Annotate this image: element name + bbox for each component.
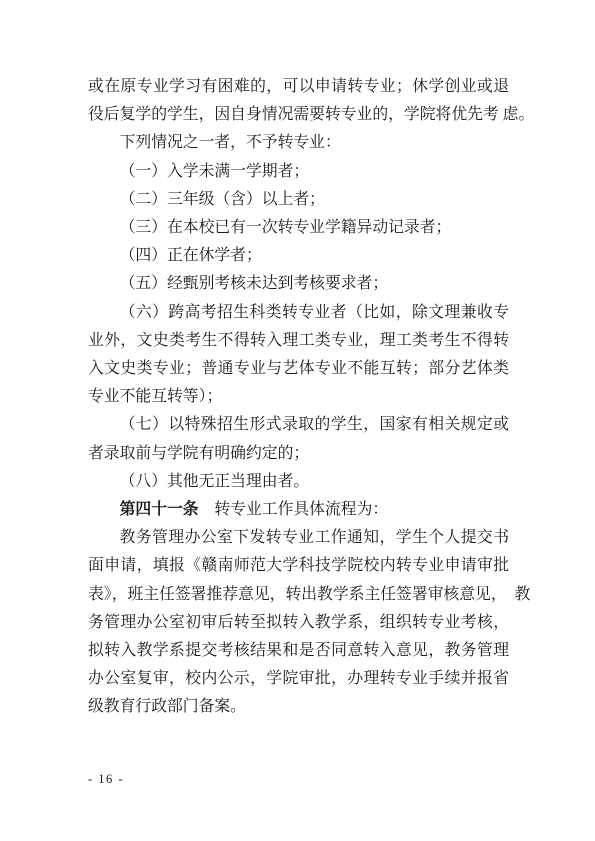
text-line: 务管理办公室初审后转至拟转入教学系，组织转专业考核， (88, 609, 509, 637)
text-line: 办公室复审，校内公示，学院审批，办理转专业手续并报省 (88, 665, 509, 693)
text-line: 或在原专业学习有困难的，可以申请转专业；休学创业或退 (88, 73, 509, 101)
page-number: - 16 - (88, 772, 124, 787)
text-line: （二）三年级（含）以上者； (88, 186, 509, 214)
text-line: （五）经甄别考核未达到考核要求者； (88, 270, 509, 298)
text-line: （一）入学未满一学期者； (88, 158, 509, 186)
text-line: 级教育行政部门备案。 (88, 693, 509, 721)
text-line: 者录取前与学院有明确约定的； (88, 440, 509, 468)
text-line: （七）以特殊招生形式录取的学生，国家有相关规定或 (88, 411, 509, 439)
text-line: （四）正在休学者； (88, 242, 509, 270)
text-line: 第四十一条 转专业工作具体流程为： (88, 496, 509, 524)
text-block: 或在原专业学习有困难的，可以申请转专业；休学创业或退 役后复学的学生，因自身情况… (88, 73, 509, 722)
article-number-label: 第四十一条 (120, 501, 199, 518)
text-line: 教务管理办公室下发转专业工作通知，学生个人提交书 (88, 524, 509, 552)
text-line: 面申请，填报《赣南师范大学科技学院校内转专业申请审批 (88, 552, 509, 580)
text-line: 业外，文史类考生不得转入理工类专业，理工类考生不得转 (88, 327, 509, 355)
document-page: 或在原专业学习有困难的，可以申请转专业；休学创业或退 役后复学的学生，因自身情况… (0, 0, 595, 841)
text-line: （三）在本校已有一次转专业学籍异动记录者； (88, 214, 509, 242)
text-line: （八）其他无正当理由者。 (88, 468, 509, 496)
text-line: 专业不能互转等）； (88, 383, 509, 411)
text-line: 表》，班主任签署推荐意见，转出教学系主任签署审核意见， 教 (88, 581, 509, 609)
text-line: 拟转入教学系提交考核结果和是否同意转入意见，教务管理 (88, 637, 509, 665)
text-line: （六）跨高考招生科类转专业者（比如，除文理兼收专 (88, 299, 509, 327)
text-line: 下列情况之一者，不予转专业： (88, 129, 509, 157)
text-line: 役后复学的学生，因自身情况需要转专业的，学院将优先考 虑。 (88, 101, 509, 129)
article-title: 转专业工作具体流程为： (199, 501, 389, 518)
text-line: 入文史类专业；普通专业与艺体专业不能互转；部分艺体类 (88, 355, 509, 383)
